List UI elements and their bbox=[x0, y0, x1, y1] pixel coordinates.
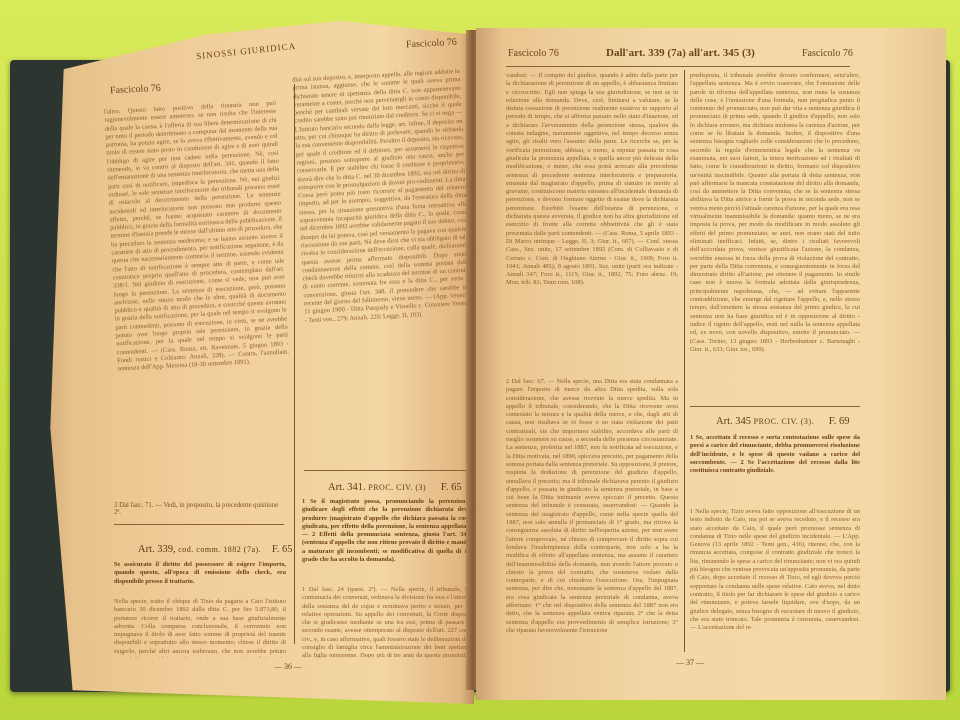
art-f: F. 69 bbox=[829, 416, 850, 427]
art-f: F. 65 bbox=[441, 482, 462, 493]
right-col2-text: predisposta, il tribunale avrebbe dovuto… bbox=[690, 72, 860, 398]
column-rule bbox=[294, 84, 295, 644]
art-339-summary: Se assicurato il diritto del possessore … bbox=[114, 561, 286, 595]
art-345-summary: 1 Se, accettato il recesso e sorta conte… bbox=[690, 434, 860, 504]
art-number: Art. 339, bbox=[138, 544, 176, 555]
running-title: SINOSSI GIURIDICA bbox=[196, 41, 297, 61]
header-rule bbox=[506, 66, 850, 67]
divider bbox=[114, 524, 284, 525]
fascicolo-label-left: Fascicolo 76 bbox=[508, 48, 559, 59]
left-col1-note: 3 Dal fasc. 71. — Vedi, in proposito, la… bbox=[114, 502, 284, 516]
page-number: — 37 — bbox=[676, 658, 704, 667]
divider bbox=[304, 470, 466, 471]
left-page: SINOSSI GIURIDICA Fascicolo 76 Fascicolo… bbox=[28, 14, 474, 704]
art-339-heading: Art. 339, cod. comm. 1882 (7a). F. 65 bbox=[138, 544, 293, 555]
left-col1-text: l'altro. Questo fatto positivo della rin… bbox=[104, 100, 296, 498]
right-page: Fascicolo 76 Dall'art. 339 (7a) all'art.… bbox=[476, 28, 946, 700]
art-number: Art. 345 bbox=[716, 416, 751, 427]
fascicolo-label-right: Fascicolo 76 bbox=[406, 37, 457, 51]
art-f: F. 65 bbox=[272, 544, 293, 555]
art-code: cod. comm. 1882 (7a). bbox=[178, 545, 261, 554]
page-number: — 36 — bbox=[274, 662, 302, 671]
art-339-body: Nella specie, tratto il chèque di Tizio … bbox=[114, 598, 286, 658]
fascicolo-label-right: Fascicolo 76 bbox=[802, 48, 853, 59]
fascicolo-label-left: Fascicolo 76 bbox=[110, 83, 161, 97]
column-rule bbox=[684, 70, 685, 652]
art-345-heading: Art. 345 PROC. CIV. (3). F. 69 bbox=[716, 416, 849, 427]
right-col1-note: 2 Dal fasc. 67. — Nella specie, una Ditt… bbox=[506, 378, 678, 648]
art-341-summary: 1 Se il magistrato possa, pronunciando l… bbox=[302, 498, 470, 582]
left-col2-text: dità sul suo deposito, e, interposto app… bbox=[292, 68, 480, 464]
right-col1-text: vandosi: — Il compito del giudice, quand… bbox=[506, 72, 678, 372]
art-345-body: 1 Nella specie, Tizio aveva fatto opposi… bbox=[690, 508, 860, 650]
art-341-body: 1 Dal fasc. 24 (quest. 2ª). — Nella spec… bbox=[302, 586, 470, 658]
art-341-heading: Art. 341. PROC. CIV. (3) F. 65 bbox=[328, 482, 462, 493]
art-code: PROC. CIV. (3). bbox=[754, 417, 814, 426]
art-number: Art. 341. bbox=[328, 482, 366, 493]
article-range-title: Dall'art. 339 (7a) all'art. 345 (3) bbox=[606, 47, 755, 59]
art-code: PROC. CIV. (3) bbox=[368, 483, 426, 492]
divider bbox=[690, 406, 860, 407]
